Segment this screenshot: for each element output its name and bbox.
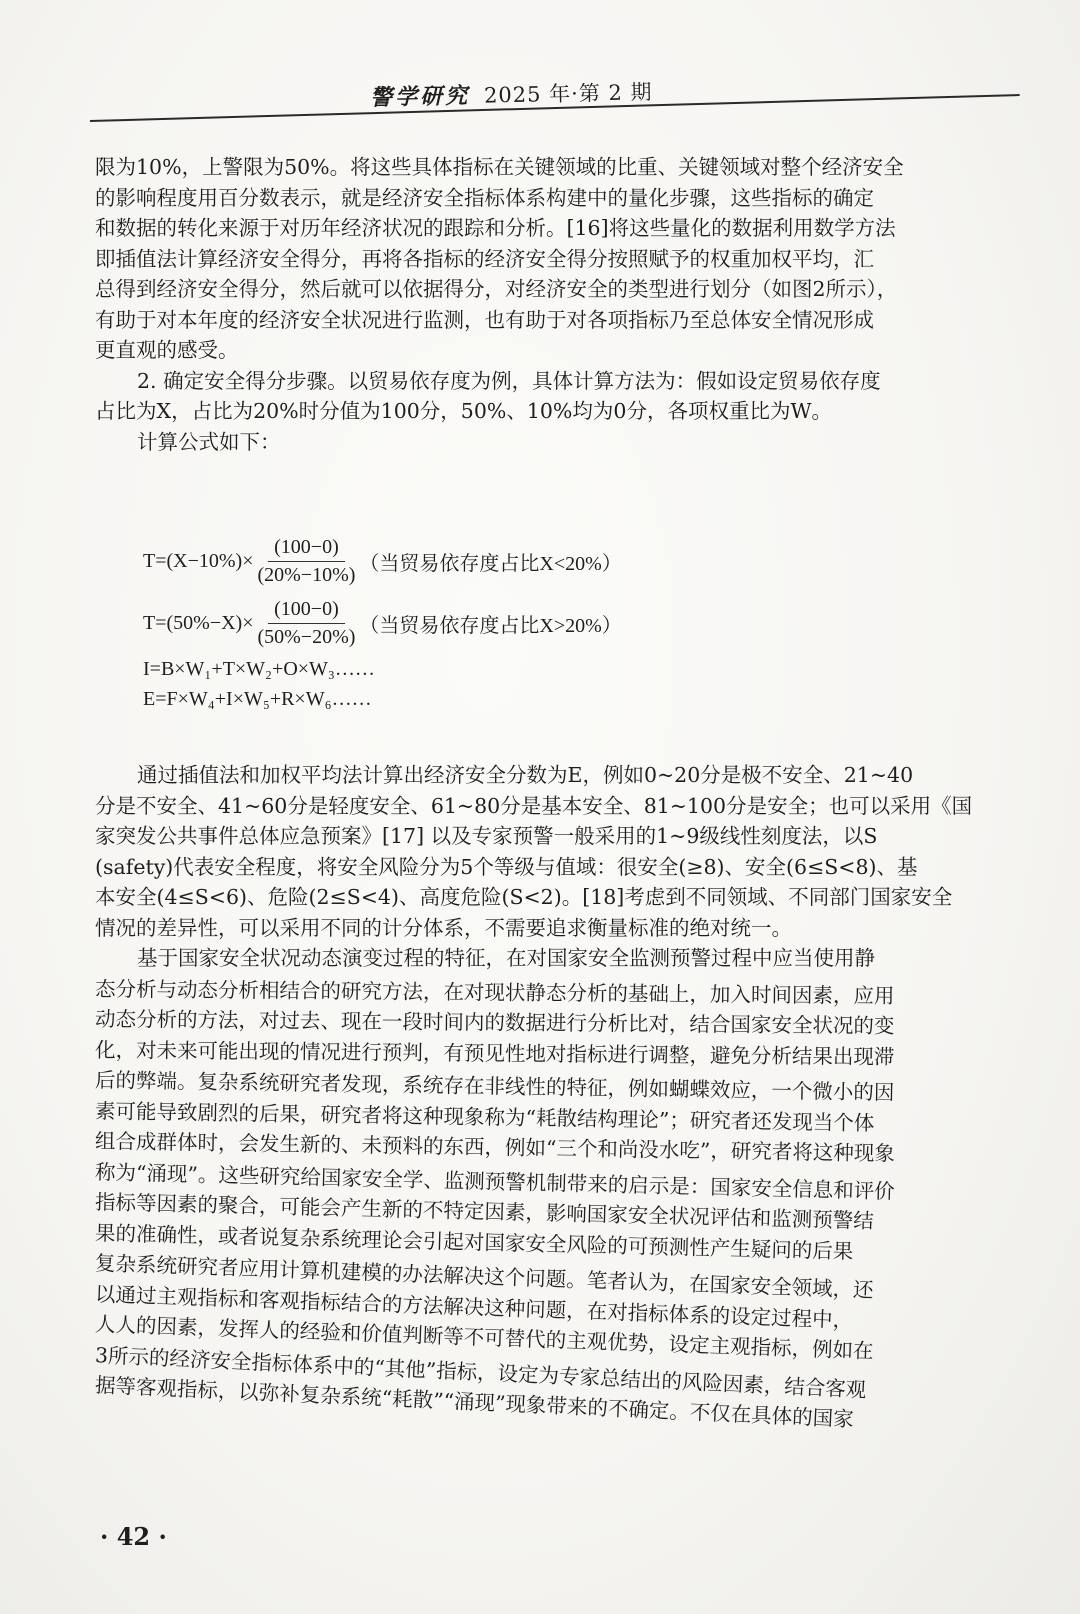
- formula-1-fraction: (100−0) (20%−10%): [257, 536, 355, 587]
- paragraph-line: 即插值法计算经济安全得分，再将各指标的经济安全得分按照赋予的权重加权平均，汇: [95, 244, 995, 275]
- formula-1: T=(X−10%)× (100−0) (20%−10%) （当贸易依存度占比X<…: [143, 530, 622, 592]
- formula-1-numerator: (100−0): [268, 536, 345, 562]
- formula-1-denominator: (20%−10%): [257, 562, 355, 587]
- paragraph-line: 占比为X，占比为20%时分值为100分，50%、10%均为0分，各项权重比为W。: [95, 396, 995, 427]
- formula-1-lhs: T=(X−10%)×: [143, 550, 253, 573]
- paragraph-line: 分是不安全、41~60分是轻度安全、61~80分是基本安全、81~100分是安全…: [95, 791, 1005, 822]
- formula-block: T=(X−10%)× (100−0) (20%−10%) （当贸易依存度占比X<…: [143, 530, 622, 714]
- formula-2-fraction: (100−0) (50%−20%): [257, 598, 355, 649]
- paragraph-line: 本安全(4≤S<6)、危险(2≤S<4)、高度危险(S<2)。[18]考虑到不同…: [95, 882, 1005, 913]
- paragraph-line: 更直观的感受。: [95, 335, 995, 366]
- formula-1-condition: （当贸易依存度占比X<20%）: [359, 547, 621, 576]
- paragraph-line: 总得到经济安全得分，然后就可以依据得分，对经济安全的类型进行划分（如图2所示），: [95, 274, 995, 305]
- formula-intro: 计算公式如下：: [95, 427, 995, 458]
- paragraph-line: 通过插值法和加权平均法计算出经济安全分数为E，例如0~20分是极不安全、21~4…: [95, 760, 1005, 791]
- formula-2-denominator: (50%−20%): [257, 624, 355, 649]
- formula-2-numerator: (100−0): [268, 598, 345, 624]
- formula-2-lhs: T=(50%−X)×: [143, 612, 253, 635]
- paragraph-line: 的影响程度用百分数表示，就是经济安全指标体系构建中的量化步骤，这些指标的确定: [95, 183, 995, 214]
- paragraph-line: (safety)代表安全程度，将安全风险分为5个等级与值域：很安全(≥8)、安全…: [95, 852, 1005, 883]
- paragraph-line: 限为10%，上警限为50%。将这些具体指标在关键领域的比重、关键领域对整个经济安…: [95, 152, 995, 183]
- body-text-bottom: 通过插值法和加权平均法计算出经济安全分数为E，例如0~20分是极不安全、21~4…: [95, 760, 1005, 1401]
- scanned-page: 警学研究 2025 年·第 2 期 限为10%，上警限为50%。将这些具体指标在…: [0, 0, 1080, 1614]
- paragraph-line: 基于国家安全状况动态演变过程的特征，在对国家安全监测预警过程中应当使用静: [95, 943, 1005, 974]
- paragraph-line: 家突发公共事件总体应急预案》[17] 以及专家预警一般采用的1~9级线性刻度法，…: [95, 821, 1005, 852]
- formula-2-condition: （当贸易依存度占比X>20%）: [359, 609, 621, 638]
- paragraph-line: 情况的差异性，可以采用不同的计分体系，不需要追求衡量标准的绝对统一。: [95, 913, 1005, 944]
- body-text-top: 限为10%，上警限为50%。将这些具体指标在关键领域的比重、关键领域对整个经济安…: [95, 152, 995, 457]
- formula-4: E=F×W₄+I×W₅+R×W₆……: [143, 684, 622, 714]
- subsection-heading-line: 2. 确定安全得分步骤。以贸易依存度为例，具体计算方法为：假如设定贸易依存度: [95, 366, 995, 397]
- formula-2: T=(50%−X)× (100−0) (50%−20%) （当贸易依存度占比X>…: [143, 592, 622, 654]
- paragraph-line: 有助于对本年度的经济安全状况进行监测，也有助于对各项指标乃至总体安全情况形成: [95, 305, 995, 336]
- journal-title: 警学研究: [370, 79, 471, 112]
- formula-3: I=B×W₁+T×W₂+O×W₃……: [143, 654, 622, 684]
- paragraph-line: 和数据的转化来源于对历年经济状况的跟踪和分析。[16]将这些量化的数据利用数学方…: [95, 213, 995, 244]
- page-number: · 42 ·: [100, 1522, 167, 1551]
